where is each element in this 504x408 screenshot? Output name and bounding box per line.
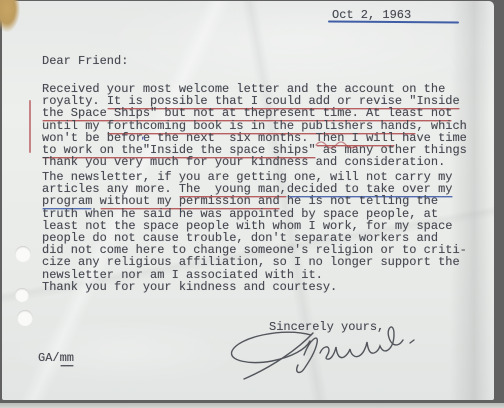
letter-paper: Oct 2, 1963 Dear Friend: Received your m…: [2, 1, 494, 400]
red-margin-mark: [29, 100, 31, 153]
text-segment: Thank you for your kindness and courtesy…: [42, 280, 337, 294]
salutation: Dear Friend:: [42, 54, 128, 68]
text-segment: Dear Friend:: [42, 54, 128, 68]
red-squiggle-annotation: [315, 140, 359, 149]
underlined-initials: mm: [60, 351, 74, 365]
handwritten-signature: [214, 321, 424, 383]
letter-line: Thank you for your kindness and courtesy…: [42, 281, 467, 293]
scanned-letter-image: Oct 2, 1963 Dear Friend: Received your m…: [0, 0, 504, 408]
text-segment: GA/: [38, 351, 60, 365]
paragraph-1: Received your most welcome letter and th…: [42, 83, 467, 168]
scan-bottom-shadow: [0, 403, 504, 408]
punch-hole: [15, 246, 31, 262]
tape-stain: [0, 0, 20, 32]
paragraph-2: The newsletter, if you are getting one, …: [42, 171, 467, 293]
punch-hole: [15, 288, 29, 302]
text-segment: Thank you very much for your kindness an…: [42, 155, 445, 169]
typist-initials: GA/mm: [38, 351, 74, 365]
punch-hole: [17, 310, 33, 326]
date-underline-ink: [328, 21, 459, 24]
letter-line: Thank you very much for your kindness an…: [42, 156, 467, 168]
